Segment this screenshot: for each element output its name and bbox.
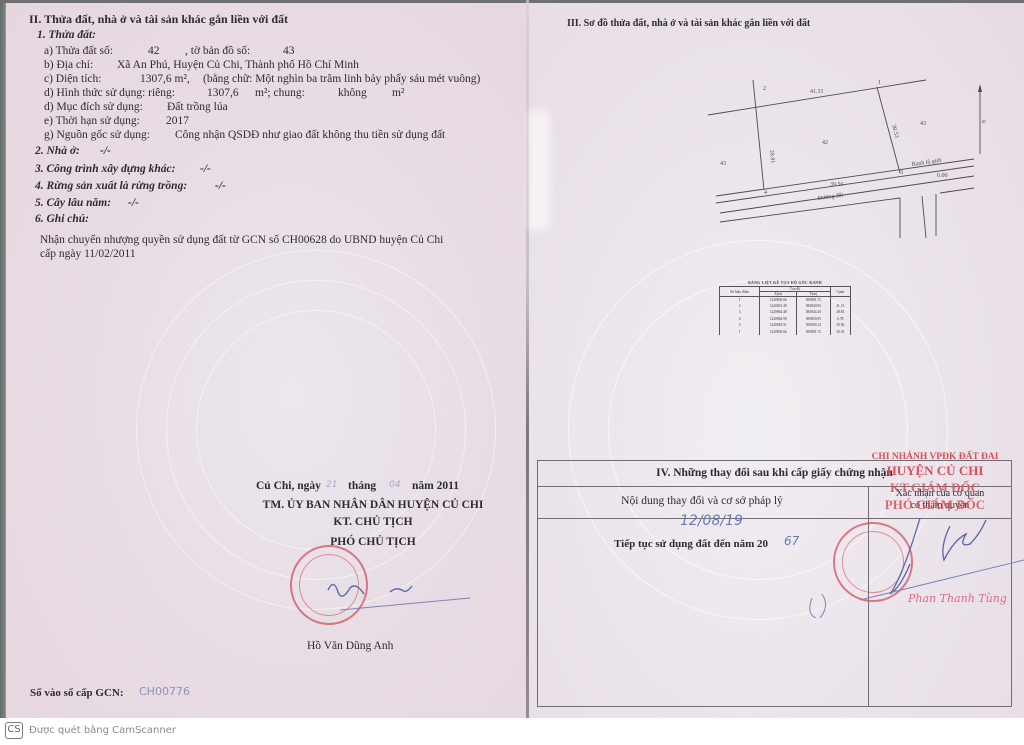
- column-changes-header: Nội dung thay đổi và cơ sở pháp lý: [537, 494, 867, 508]
- land-plot-heading: 1. Thửa đất:: [37, 28, 96, 42]
- production-forest-label: 4. Rừng sản xuất là rừng trồng:: [35, 179, 187, 193]
- notes-label: 6. Ghi chú:: [35, 212, 89, 226]
- land-plot-diagram: 2 1 3 4 41.31 28.81 30.53 39.56 6.00 Ran…: [700, 70, 1024, 250]
- diagram-bottom-edge: 39.56: [830, 182, 844, 188]
- coordinate-cell-edge: 30.53: [830, 328, 850, 334]
- area-label: c) Diện tích:: [44, 72, 101, 86]
- housing-label: 2. Nhà ở:: [35, 144, 80, 158]
- diagram-north-label: B: [980, 120, 985, 124]
- diagram-point-2: 2: [763, 86, 766, 92]
- production-forest-value: -/-: [215, 179, 226, 193]
- diagram-point-1: 1: [878, 80, 881, 86]
- scanned-document: II. Thửa đất, nhà ở và tài sản khác gắn …: [0, 0, 1024, 718]
- diagram-setback: 6.00: [937, 173, 948, 179]
- diagram-neighbor-right: 43: [920, 121, 926, 127]
- map-sheet-label: , tờ bản đồ số:: [185, 44, 250, 58]
- coord-header-point: Số hiệu điểm: [720, 287, 760, 297]
- entry-year-handwritten: 67: [784, 534, 799, 548]
- use-form-shared: không: [338, 86, 367, 100]
- registry-label: Số vào sổ cấp GCN:: [30, 686, 124, 700]
- map-sheet-number: 43: [283, 44, 295, 58]
- origin-label: g) Nguồn gốc sử dụng:: [44, 128, 150, 142]
- diagram-road-label: Đường đất: [817, 191, 844, 202]
- coordinate-cell-point: 1: [720, 328, 760, 334]
- entry-text: Tiếp tục sử dụng đất đến năm 20: [614, 537, 768, 551]
- signer-role-2: PHÓ CHỦ TỊCH: [238, 535, 508, 549]
- coordinate-cell-x: 1220839.66: [760, 328, 797, 334]
- term-label: e) Thời hạn sử dụng:: [44, 114, 140, 128]
- issue-day: 21: [326, 478, 337, 492]
- registry-number: CH00776: [139, 685, 190, 699]
- signature-left: [320, 570, 480, 620]
- perennial-trees-label: 5. Cây lâu năm:: [35, 196, 111, 210]
- diagram-right-edge: 30.53: [890, 124, 899, 139]
- camscanner-logo-icon: CS: [5, 722, 23, 739]
- coordinate-row: 11220839.66583881.7230.53: [720, 328, 851, 334]
- other-constructions-label: 3. Công trình xây dựng khác:: [35, 162, 175, 176]
- use-form-unit: m²; chung:: [255, 86, 305, 100]
- perennial-trees-value: -/-: [128, 196, 139, 210]
- use-form-private: 1307,6: [207, 86, 239, 100]
- use-form-unit-shared: m²: [392, 86, 404, 100]
- purpose: Đất trồng lúa: [167, 100, 228, 114]
- diagram-point-3: 3: [900, 170, 903, 176]
- diagram-neighbor-left: 43: [720, 161, 726, 167]
- area-in-words: (bằng chữ: Một nghìn ba trăm linh bảy ph…: [203, 72, 480, 86]
- signer-name-left: Hồ Văn Dũng Anh: [307, 639, 393, 653]
- issue-month-label: tháng: [348, 479, 376, 493]
- coordinate-cell-y: 583881.72: [797, 328, 831, 334]
- camscanner-caption: Được quét bằng CamScanner: [29, 725, 176, 736]
- use-form-label: d) Hình thức sử dụng: riêng:: [44, 86, 175, 100]
- diagram-top-edge: 41.31: [810, 89, 824, 95]
- purpose-label: d) Mục đích sử dụng:: [44, 100, 143, 114]
- coordinate-table: BẢNG LIỆT KÊ TỌA ĐỘ GÓC RANH Số hiệu điể…: [719, 280, 851, 335]
- other-constructions-value: -/-: [200, 162, 211, 176]
- signer-role-1: KT. CHỦ TỊCH: [238, 515, 508, 529]
- diagram-point-4: 4: [764, 190, 767, 196]
- address: Xã An Phú, Huyện Củ Chi, Thành phố Hồ Ch…: [117, 58, 359, 72]
- housing-value: -/-: [100, 144, 111, 158]
- stamp-text-2: HUYỆN CỦ CHI: [846, 463, 1024, 478]
- term: 2017: [166, 114, 189, 128]
- stamp-text-1: CHI NHÁNH VPĐK ĐẤT ĐAI: [846, 450, 1024, 464]
- notes-line-1: Nhận chuyển nhượng quyền sử dụng đất từ …: [40, 233, 443, 247]
- section-iii-title: III. Sơ đồ thửa đất, nhà ở và tài sản kh…: [567, 17, 810, 31]
- area: 1307,6 m²,: [140, 72, 190, 86]
- plot-number-label: a) Thửa đất số:: [44, 44, 113, 58]
- entry-date: 12/08/19: [680, 514, 743, 528]
- issuing-org: TM. ỦY BAN NHÂN DÂN HUYỆN CỦ CHI: [238, 498, 508, 512]
- address-label: b) Địa chỉ:: [44, 58, 93, 72]
- top-edge: [0, 0, 1024, 3]
- issue-year: năm 2011: [412, 479, 459, 493]
- notes-line-2: cấp ngày 11/02/2011: [40, 247, 136, 261]
- diagram-left-edge: 28.81: [768, 150, 775, 164]
- signer-name-right: Phan Thanh Tùng: [908, 592, 1007, 606]
- coord-header-edge: Cạnh: [830, 287, 850, 297]
- section-ii-title: II. Thửa đất, nhà ở và tài sản khác gắn …: [29, 12, 288, 26]
- issue-date-prefix: Củ Chi, ngày: [256, 479, 321, 493]
- diagram-boundary-label: Ranh lộ giới: [911, 158, 942, 168]
- page-fold: [526, 0, 529, 718]
- plot-number: 42: [148, 44, 160, 58]
- origin: Công nhận QSDĐ như giao đất không thu ti…: [175, 128, 445, 142]
- issue-month: 04: [389, 478, 400, 492]
- stamp-text-3: KT.GIÁM ĐỐC: [846, 480, 1024, 495]
- diagram-plot-label: 42: [822, 140, 828, 146]
